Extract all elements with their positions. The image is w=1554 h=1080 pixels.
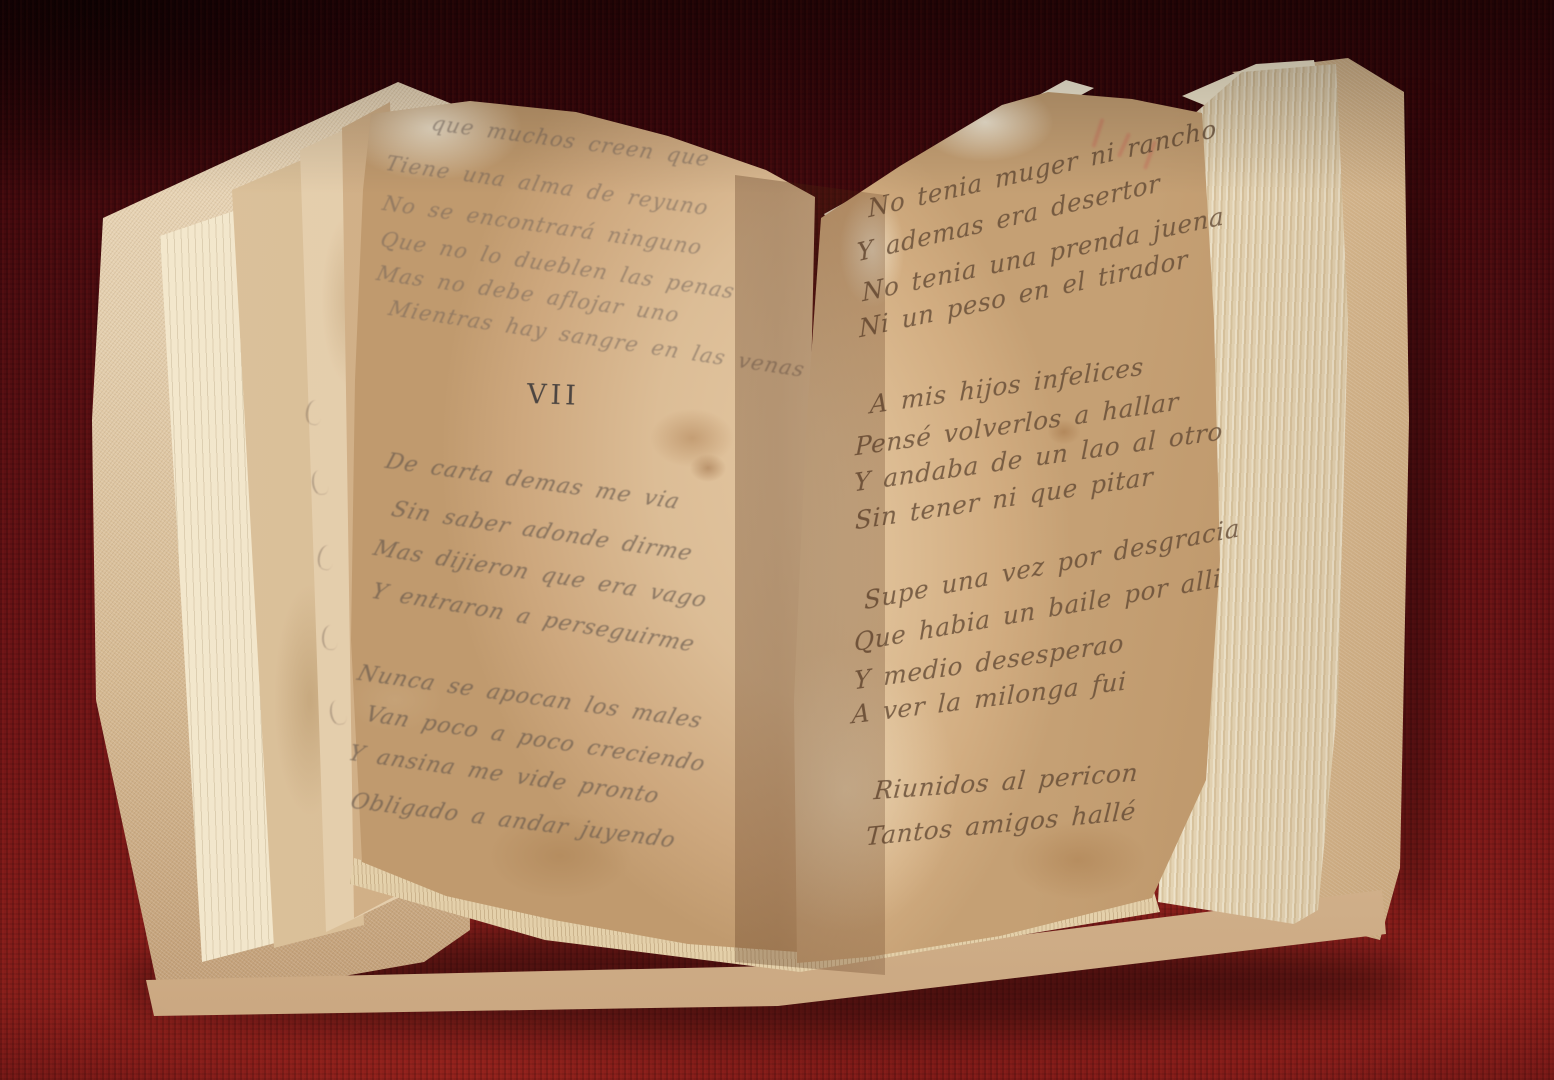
chapter-heading: VII: [526, 379, 580, 412]
page-edge-writing-fragment: [321, 624, 339, 650]
velvet-backdrop: que muchos creen que Tiene una alma de r…: [0, 0, 1554, 1080]
